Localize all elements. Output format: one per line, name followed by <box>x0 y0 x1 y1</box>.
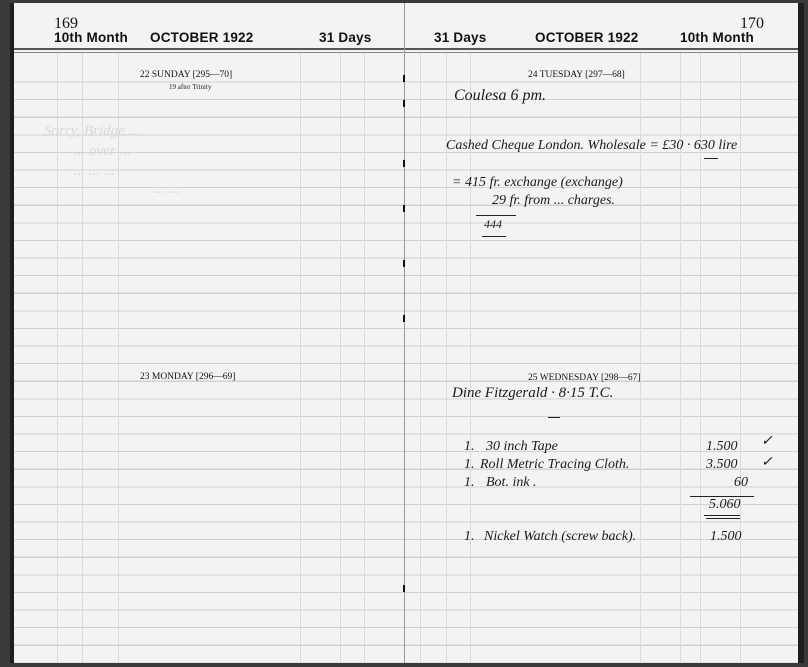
month-index: 10th Month <box>680 30 754 45</box>
left-page: 169 10th Month OCTOBER 1922 31 Days Sorr… <box>10 3 408 663</box>
header-rule <box>404 52 798 53</box>
column-rule <box>420 53 421 663</box>
header-rule <box>14 48 408 50</box>
handwritten-line: = 415 fr. exchange (exchange) <box>452 175 623 191</box>
column-rule <box>740 53 741 663</box>
day-subheading: 19 after Trinity <box>169 83 211 91</box>
item-amount: 1.500 <box>710 529 742 545</box>
check-icon: ✓ <box>761 454 773 471</box>
binding-stitch <box>403 315 405 322</box>
handwritten-line: Cashed Cheque London. Wholesale = £30 · … <box>446 138 737 154</box>
item-desc: Nickel Watch (screw back). <box>484 529 636 545</box>
total-amount: 5.060 <box>709 497 741 513</box>
binding-stitch <box>403 75 405 82</box>
handwritten-line: Coulesa 6 pm. <box>454 87 546 105</box>
show-through-text: Sorry, Bridge ... <box>44 123 140 140</box>
item-amount: 1.500 <box>706 439 738 455</box>
underline <box>704 515 740 516</box>
item-desc: Bot. ink . <box>486 475 537 491</box>
day-heading-wednesday: 25 WEDNESDAY [298—67] <box>528 373 641 383</box>
show-through-text: ... over ... <box>74 143 131 160</box>
sum-line <box>476 215 516 216</box>
item-qty: 1. <box>464 529 475 545</box>
item-qty: 1. <box>464 475 475 491</box>
underline <box>704 158 718 159</box>
binding-stitch <box>403 160 405 167</box>
page-header: 169 10th Month OCTOBER 1922 31 Days <box>14 3 408 53</box>
column-rule <box>300 53 301 663</box>
binding-stitch <box>403 100 405 107</box>
month-index: 10th Month <box>54 30 128 45</box>
binding-stitch <box>403 260 405 267</box>
show-through-text: ... ... ... <box>74 163 115 180</box>
item-amount: 3.500 <box>706 457 738 473</box>
header-rule <box>14 52 408 53</box>
day-heading-sunday: 22 SUNDAY [295—70] <box>140 70 232 80</box>
check-icon: ✓ <box>761 433 773 450</box>
dash <box>548 417 560 418</box>
underline <box>706 518 740 519</box>
day-heading-tuesday: 24 TUESDAY [297—68] <box>528 70 625 80</box>
day-heading-monday: 23 MONDAY [296—69] <box>140 372 235 382</box>
handwritten-line: 444 <box>484 217 502 232</box>
right-page: 170 31 Days OCTOBER 1922 10th Month 24 T… <box>404 3 804 663</box>
item-qty: 1. <box>464 457 475 473</box>
item-desc: Roll Metric Tracing Cloth. <box>480 457 629 473</box>
days-count: 31 Days <box>319 30 371 45</box>
show-through-text: ... ... <box>154 181 180 198</box>
days-count: 31 Days <box>434 30 486 45</box>
month-year: OCTOBER 1922 <box>150 30 253 45</box>
column-rule <box>364 53 365 663</box>
item-qty: 1. <box>464 439 475 455</box>
column-rule <box>340 53 341 663</box>
page-header: 170 31 Days OCTOBER 1922 10th Month <box>404 3 798 53</box>
handwritten-line: Dine Fitzgerald · 8·15 T.C. <box>452 385 613 402</box>
column-rule <box>57 53 58 663</box>
header-rule <box>404 48 798 50</box>
binding-stitch <box>403 205 405 212</box>
month-year: OCTOBER 1922 <box>535 30 638 45</box>
item-amount: 60 <box>734 475 748 491</box>
underline <box>482 236 506 237</box>
item-desc: 30 inch Tape <box>486 439 558 455</box>
handwritten-line: 29 fr. from ... charges. <box>492 193 615 209</box>
ruled-lines <box>404 65 798 663</box>
binding-stitch <box>403 585 405 592</box>
